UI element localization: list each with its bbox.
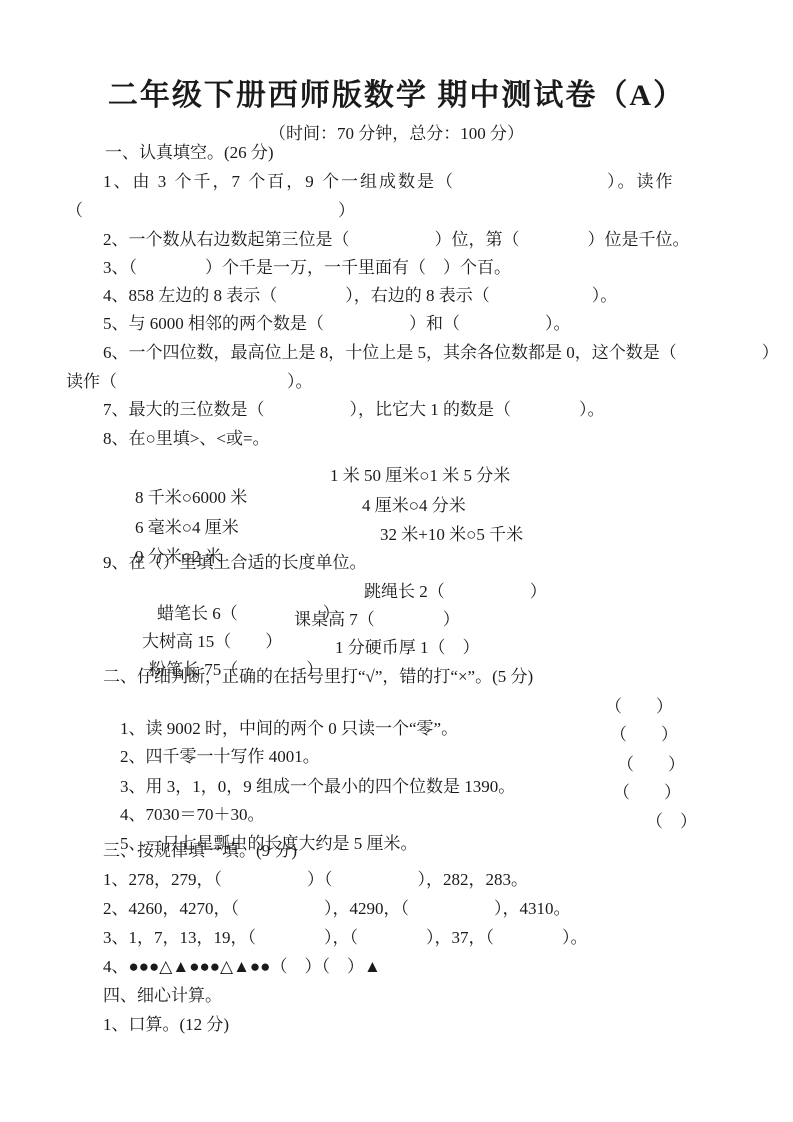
fill-q2: 2、一个数从右边数起第三位是（ ）位，第（ ）位是千位。 bbox=[103, 229, 690, 251]
fill-q5: 5、与 6000 相邻的两个数是（ ）和（ ）。 bbox=[103, 313, 571, 335]
fill-q7: 7、最大的三位数是（ ），比它大 1 的数是（ ）。 bbox=[103, 399, 605, 421]
fill-q8-heading: 8、在○里填>、<或=。 bbox=[103, 428, 270, 450]
judge-answer-blank: （ ） bbox=[610, 724, 678, 746]
judge-answer-blank: （ ） bbox=[617, 754, 685, 776]
pattern-item: 1、278，279，（ ）（ ），282，283。 bbox=[103, 869, 528, 891]
fill-q6-line2: 读作（ ）。 bbox=[66, 371, 313, 393]
page-subtitle: （时间：70 分钟，总分：100 分） bbox=[0, 119, 793, 144]
section-1-heading: 一、认真填空。(26 分) bbox=[105, 142, 274, 164]
section-3-heading: 三、按规律填一填。(9 分) bbox=[103, 840, 297, 862]
judge-answer-blank: （ ） bbox=[613, 782, 681, 804]
pattern-item: 3、1，7，13，19，（ ），（ ），37，（ ）。 bbox=[103, 927, 588, 949]
fill-q6-line1: 6、一个四位数，最高位上是 8，十位上是 5，其余各位数都是 0，这个数是（ ） bbox=[103, 342, 779, 364]
unit-right: 跳绳长 2（ ） bbox=[364, 581, 547, 603]
pattern-item-shapes: 4、●●●△▲●●●△▲●●（ ）（ ）▲ bbox=[103, 956, 381, 978]
calc-sub1: 1、口算。(12 分) bbox=[103, 1014, 229, 1036]
judge-answer-blank: （ ） bbox=[646, 811, 697, 833]
pattern-item: 2、4260，4270，（ ），4290，（ ），4310。 bbox=[103, 898, 571, 920]
section-2-heading: 二、仔细判断，正确的在括号里打“√”，错的打“×”。(5 分) bbox=[103, 666, 533, 688]
compare-right: 4 厘米○4 分米 bbox=[362, 495, 466, 517]
judge-answer-blank: （ ） bbox=[605, 696, 673, 718]
unit-right: 课桌高 7（ ） bbox=[294, 609, 460, 631]
fill-q9-heading: 9、在（）里填上合适的长度单位。 bbox=[103, 552, 367, 574]
unit-right: 1 分硬币厚 1（ ） bbox=[335, 637, 480, 659]
fill-q1-line2: （ ） bbox=[66, 200, 355, 222]
compare-right: 32 米+10 米○5 千米 bbox=[380, 524, 523, 546]
test-paper-page: 二年级下册西师版数学 期中测试卷（A） （时间：70 分钟，总分：100 分） … bbox=[0, 0, 793, 1122]
compare-right: 1 米 50 厘米○1 米 5 分米 bbox=[330, 465, 510, 487]
fill-q4: 4、858 左边的 8 表示（ ），右边的 8 表示（ ）。 bbox=[103, 285, 617, 307]
fill-q1-line1: 1、由 3 个千，7 个百，9 个一组成数是（ ）。读作 bbox=[103, 171, 675, 193]
page-title: 二年级下册西师版数学 期中测试卷（A） bbox=[0, 70, 793, 114]
section-4-heading: 四、细心计算。 bbox=[103, 985, 222, 1007]
fill-q3: 3、（ ）个千是一万，一千里面有（ ）个百。 bbox=[103, 257, 511, 279]
